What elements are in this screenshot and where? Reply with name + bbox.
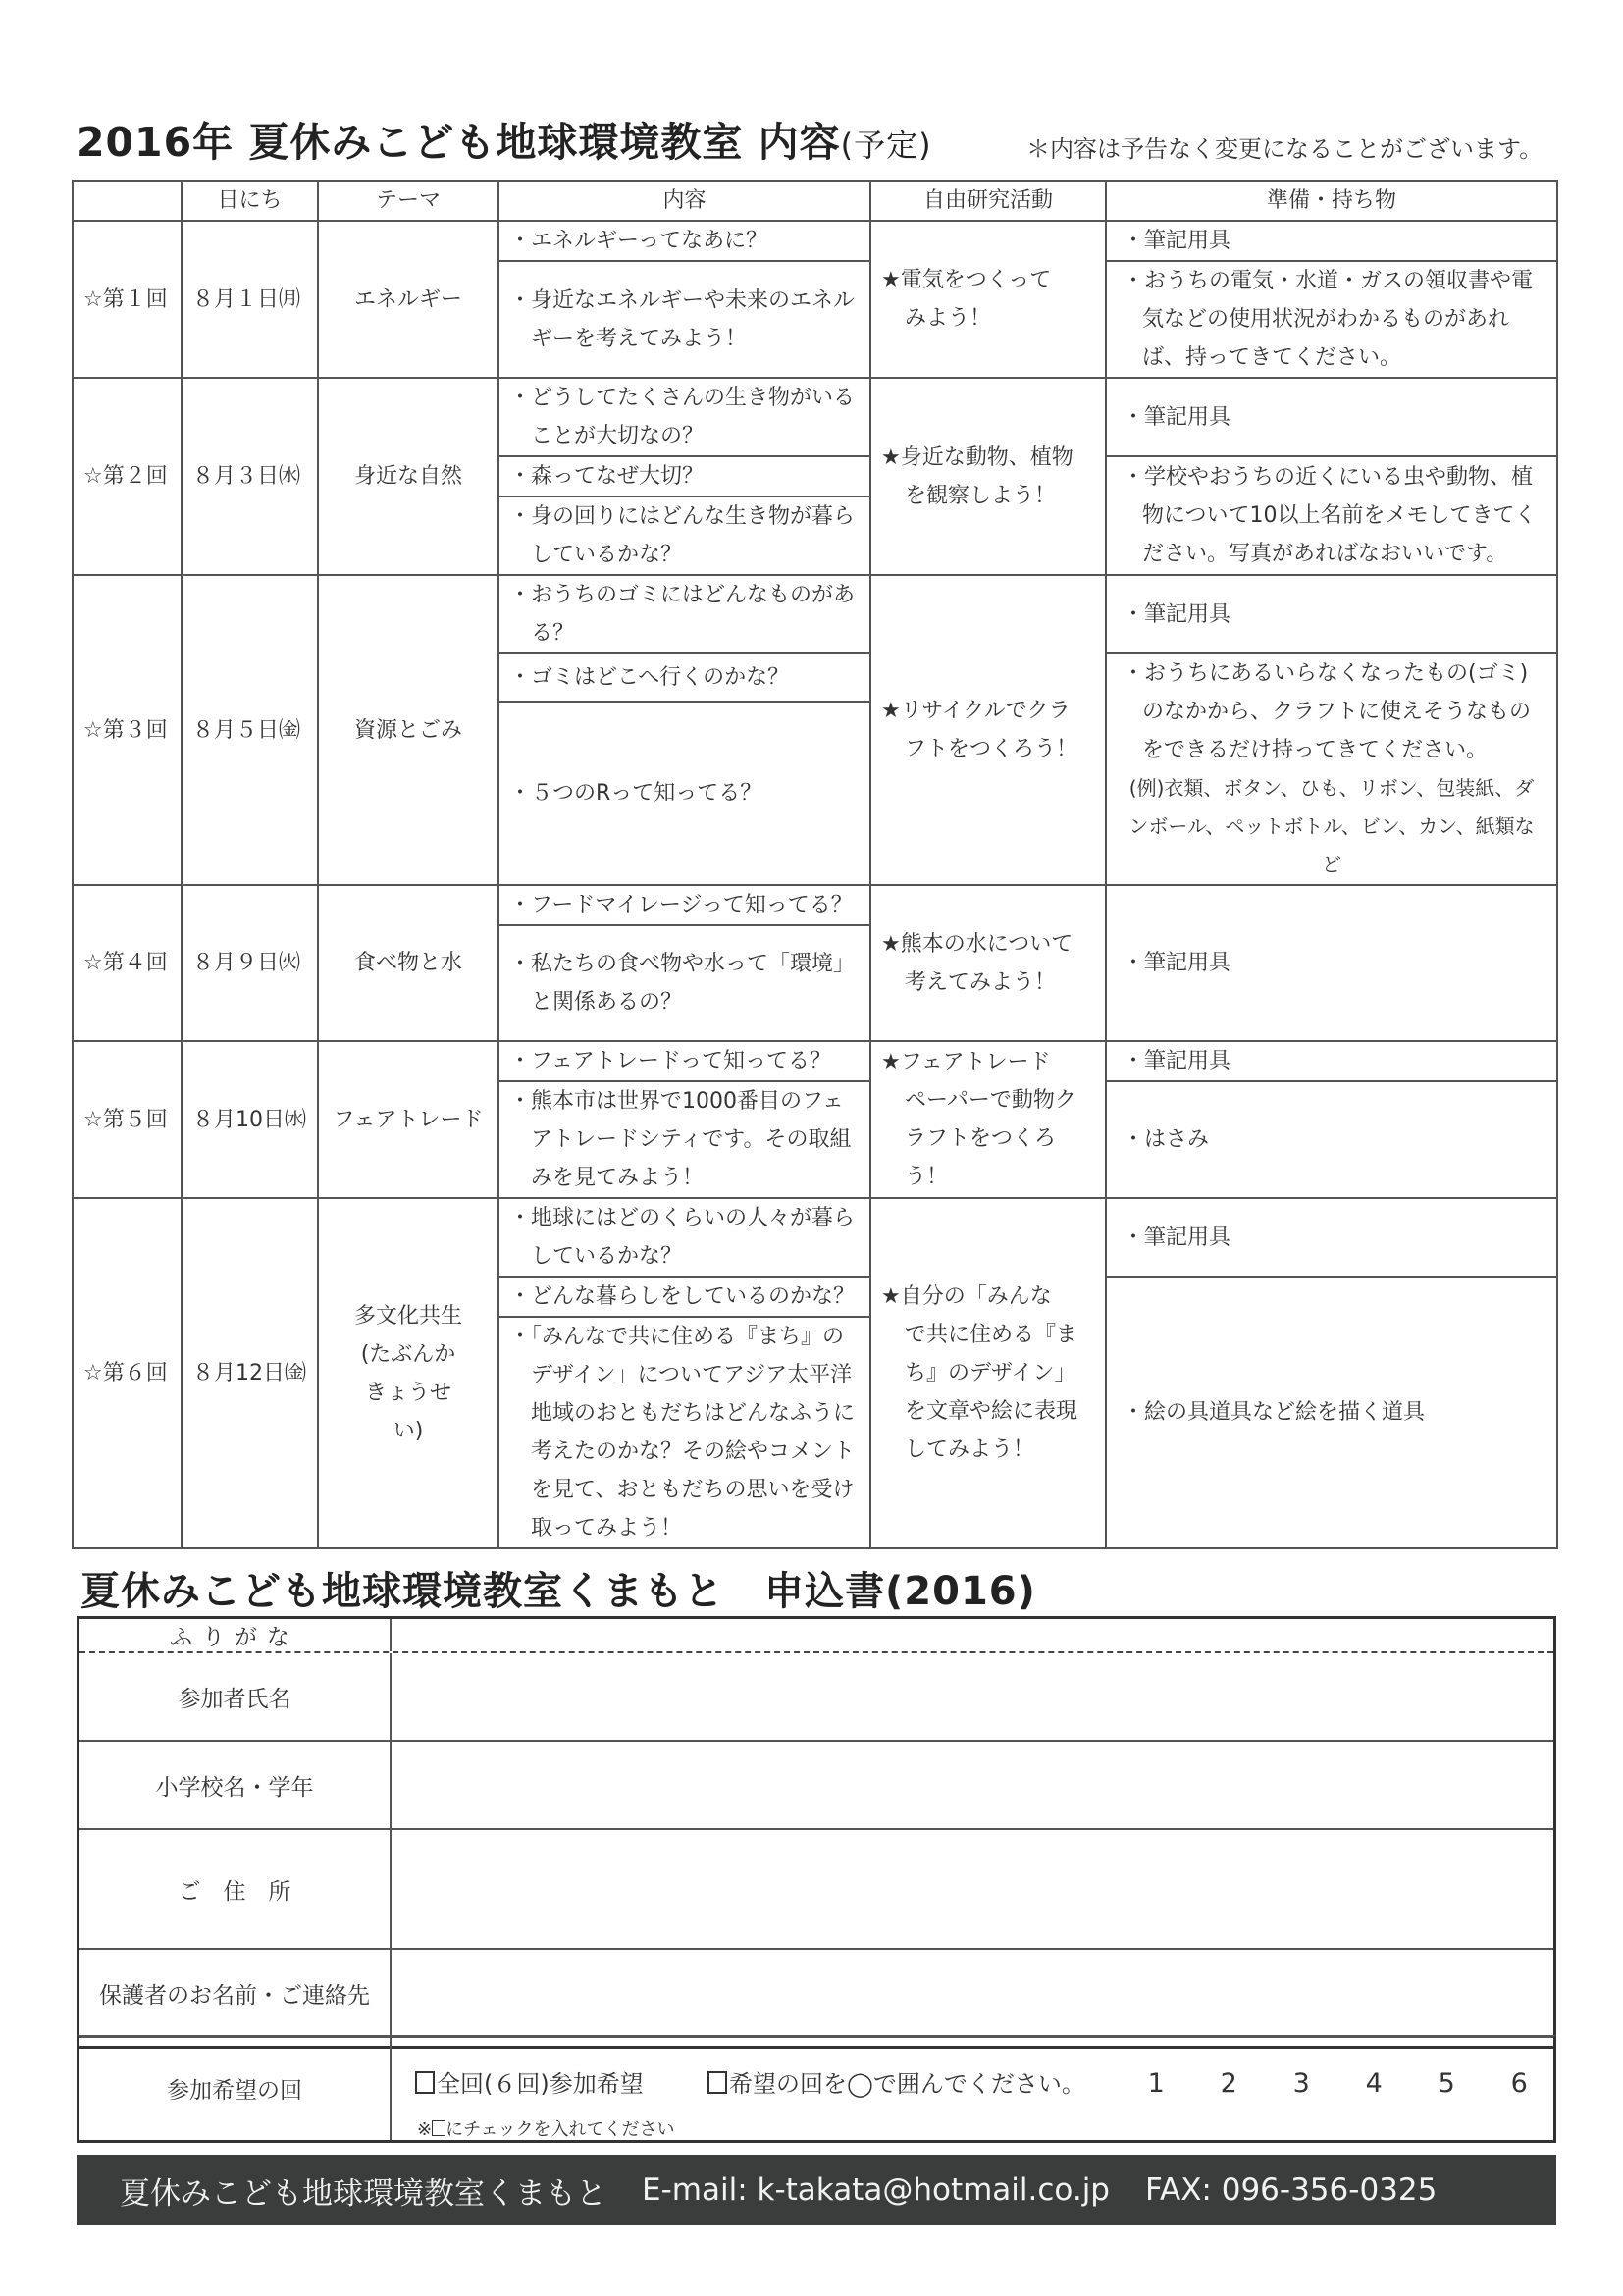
- address-label: ご 住 所: [79, 1830, 392, 1948]
- session-number: ☆第１回: [73, 221, 182, 378]
- content-text: ・身の回りにはどんな生き物が暮らしているかな？: [509, 497, 860, 574]
- content-item: ・ゴミはどこへ行くのかな？: [498, 653, 870, 702]
- activity-text: ★電気をつくって: [881, 268, 1051, 292]
- session-theme: 食べ物と水: [318, 885, 498, 1041]
- change-notice: ＊内容は予告なく変更になることがございます。: [1026, 130, 1543, 164]
- prep-item: ・筆記用具: [1106, 1041, 1557, 1081]
- col-header-theme: テーマ: [318, 181, 498, 221]
- activity-text: ★熊本の水について: [881, 932, 1073, 957]
- content-text: ・「みんなで共に住める『まち』のデザイン」についてアジア太平洋地域のおともだちは…: [509, 1318, 860, 1547]
- furigana-row: ふりがな: [79, 1619, 1553, 1653]
- session-number-option-2[interactable]: 2: [1192, 2068, 1265, 2099]
- session-preference-row: 参加希望の回 全回(６回)参加希望 希望の回を◯で囲んでください。 123456…: [77, 2035, 1556, 2143]
- table-row: ☆第６回 ８月12日㈮ 多文化共生(たぶんかきょうせい) ・地球にはどのくらいの…: [73, 1198, 1557, 1277]
- activity-text: ペーパーで動物クラフトをつくろう！: [881, 1081, 1095, 1196]
- session-preference-field: 全回(６回)参加希望 希望の回を◯で囲んでください。 123456 ※にチェック…: [392, 2037, 1553, 2140]
- prep-text: ・筆記用具: [1117, 596, 1546, 634]
- schedule-table: 日にち テーマ 内容 自由研究活動 準備・持ち物 ☆第１回 ８月１日㈪ エネルギ…: [72, 180, 1558, 1549]
- content-item: ・どんな暮らしをしているのかな？: [498, 1277, 870, 1317]
- session-date: ８月５日㈮: [182, 575, 318, 885]
- activity-cell: ★リサイクルでクラフトをつくろう！: [870, 575, 1106, 885]
- activity-text: ★フェアトレード: [881, 1050, 1051, 1074]
- content-item: ・どうしてたくさんの生き物がいることが大切なの？: [498, 378, 870, 456]
- prep-item: ・筆記用具: [1106, 221, 1557, 261]
- footer-fax: FAX: 096-356-0325: [1145, 2172, 1437, 2208]
- prep-example-text: (例)衣類、ボタン、ひも、リボン、包装紙、ダンボール、ペットボトル、ビン、カン、…: [1117, 769, 1546, 884]
- session-date: ８月１日㈪: [182, 221, 318, 378]
- content-item: ・５つのRって知ってる？: [498, 702, 870, 885]
- session-theme: 身近な自然: [318, 378, 498, 575]
- participant-name-field[interactable]: [392, 1653, 1553, 1740]
- application-form-title: 夏休みこども地球環境教室くまもと 申込書(2016): [80, 1560, 1036, 1616]
- content-item: ・「みんなで共に住める『まち』のデザイン」についてアジア太平洋地域のおともだちは…: [498, 1317, 870, 1548]
- activity-text: で共に住める『まち』のデザイン」を文章や絵に表現してみよう！: [881, 1316, 1095, 1469]
- participant-name-row: 参加者氏名: [79, 1653, 1553, 1742]
- table-row: ☆第４回 ８月９日㈫ 食べ物と水 ・フードマイレージって知ってる？ ★熊本の水に…: [73, 885, 1557, 925]
- content-item: ・身近なエネルギーや未来のエネルギーを考えてみよう！: [498, 261, 870, 378]
- content-item: ・身の回りにはどんな生き物が暮らしているかな？: [498, 496, 870, 575]
- session-number-option-1[interactable]: 1: [1120, 2068, 1192, 2099]
- session-number: ☆第２回: [73, 378, 182, 575]
- theme-reading: (たぶんかきょうせい): [354, 1335, 462, 1450]
- content-text: ・私たちの食べ物や水って「環境」と関係あるの？: [509, 945, 860, 1021]
- prep-item: ・おうちにあるいらなくなったもの(ゴミ)のなかから、クラフトに使えそうなものをで…: [1106, 653, 1557, 885]
- prep-text: ・学校やおうちの近くにいる虫や動物、植物について10以上名前をメモしてきてくださ…: [1117, 458, 1546, 573]
- prep-text: ・筆記用具: [1117, 222, 1546, 260]
- content-text: ・ゴミはどこへ行くのかな？: [509, 658, 860, 697]
- footer-org-name: 夏休みこども地球環境教室くまもと: [120, 2168, 606, 2213]
- prep-text: ・おうちにあるいらなくなったもの(ゴミ)のなかから、クラフトに使えそうなものをで…: [1117, 654, 1546, 769]
- session-number-option-5[interactable]: 5: [1410, 2068, 1483, 2099]
- prep-text: ・筆記用具: [1117, 1042, 1546, 1080]
- prep-item: ・学校やおうちの近くにいる虫や動物、植物について10以上名前をメモしてきてくださ…: [1106, 456, 1557, 575]
- activity-text: 考えてみよう！: [881, 964, 1095, 1002]
- table-row: ☆第５回 ８月10日㈬ フェアトレード ・フェアトレードって知ってる？ ★フェア…: [73, 1041, 1557, 1081]
- prep-item: ・筆記用具: [1106, 378, 1557, 456]
- prep-text: ・はさみ: [1117, 1121, 1546, 1159]
- activity-cell: ★身近な動物、植物を観察しよう！: [870, 378, 1106, 575]
- all-sessions-checkbox[interactable]: [415, 2071, 435, 2094]
- prep-item: ・はさみ: [1106, 1081, 1557, 1198]
- content-item: ・フードマイレージって知ってる？: [498, 885, 870, 925]
- session-number-option-3[interactable]: 3: [1265, 2068, 1337, 2099]
- prep-item: ・おうちの電気・水道・ガスの領収書や電気などの使用状況がわかるものがあれば、持っ…: [1106, 261, 1557, 378]
- contact-footer: 夏休みこども地球環境教室くまもと E-mail: k-takata@hotmai…: [77, 2155, 1556, 2225]
- content-text: ・森ってなぜ大切？: [509, 457, 860, 496]
- activity-cell: ★熊本の水について考えてみよう！: [870, 885, 1106, 1041]
- prep-text: ・おうちの電気・水道・ガスの領収書や電気などの使用状況がわかるものがあれば、持っ…: [1117, 262, 1546, 377]
- furigana-field[interactable]: [392, 1619, 1553, 1651]
- table-row: ☆第３回 ８月５日㈮ 資源とごみ ・おうちのゴミにはどんなものがある？ ★リサイ…: [73, 575, 1557, 653]
- schedule-title: 2016年 夏休みこども地球環境教室 内容(予定): [77, 110, 932, 168]
- guardian-field[interactable]: [392, 1950, 1553, 2036]
- col-header-no: [73, 181, 182, 221]
- activity-text: ★自分の「みんな: [881, 1284, 1052, 1309]
- session-date: ８月３日㈬: [182, 378, 318, 575]
- session-number-option-4[interactable]: 4: [1337, 2068, 1410, 2099]
- content-text: ・フードマイレージって知ってる？: [509, 886, 860, 924]
- content-item: ・森ってなぜ大切？: [498, 456, 870, 496]
- content-item: ・フェアトレードって知ってる？: [498, 1041, 870, 1081]
- session-theme: フェアトレード: [318, 1041, 498, 1198]
- participant-name-label: 参加者氏名: [79, 1653, 392, 1740]
- table-header-row: 日にち テーマ 内容 自由研究活動 準備・持ち物: [73, 181, 1557, 221]
- schedule-title-suffix: (予定): [841, 127, 932, 164]
- table-row: ☆第１回 ８月１日㈪ エネルギー ・エネルギーってなあに？ ★電気をつくってみよ…: [73, 221, 1557, 261]
- checkbox-glyph-icon: [432, 2120, 445, 2136]
- note-text: にチェックを入れてください: [445, 2119, 674, 2140]
- content-text: ・どうしてたくさんの生き物がいることが大切なの？: [509, 379, 860, 455]
- session-theme: 多文化共生(たぶんかきょうせい): [318, 1198, 498, 1548]
- content-item: ・地球にはどのくらいの人々が暮らしているかな？: [498, 1198, 870, 1277]
- prep-item: ・筆記用具: [1106, 1198, 1557, 1277]
- prep-text: ・絵の具道具など絵を描く道具: [1117, 1393, 1546, 1432]
- session-preference-label: 参加希望の回: [79, 2037, 392, 2140]
- select-sessions-label: 希望の回を◯で囲んでください。: [729, 2070, 1085, 2098]
- guardian-row: 保護者のお名前・ご連絡先: [79, 1950, 1553, 2038]
- activity-cell: ★フェアトレードペーパーで動物クラフトをつくろう！: [870, 1041, 1106, 1198]
- guardian-label: 保護者のお名前・ご連絡先: [79, 1950, 392, 2036]
- content-text: ・エネルギーってなあに？: [509, 222, 860, 260]
- footer-email[interactable]: E-mail: k-takata@hotmail.co.jp: [642, 2172, 1110, 2208]
- content-item: ・エネルギーってなあに？: [498, 221, 870, 261]
- session-number: ☆第５回: [73, 1041, 182, 1198]
- prep-item: ・筆記用具: [1106, 575, 1557, 653]
- theme-text: 多文化共生: [354, 1304, 462, 1329]
- session-date: ８月９日㈫: [182, 885, 318, 1041]
- col-header-prep: 準備・持ち物: [1106, 181, 1557, 221]
- content-item: ・熊本市は世界で1000番目のフェアトレードシティです。その取組みを見てみよう！: [498, 1081, 870, 1198]
- prep-item: ・筆記用具: [1106, 885, 1557, 1041]
- session-options: 全回(６回)参加希望 希望の回を◯で囲んでください。 123456: [415, 2064, 1555, 2099]
- content-item: ・私たちの食べ物や水って「環境」と関係あるの？: [498, 925, 870, 1041]
- prep-text: ・筆記用具: [1117, 398, 1546, 437]
- content-text: ・身近なエネルギーや未来のエネルギーを考えてみよう！: [509, 282, 860, 358]
- session-date: ８月10日㈬: [182, 1041, 318, 1198]
- school-row: 小学校名・学年: [79, 1742, 1553, 1830]
- school-field[interactable]: [392, 1742, 1553, 1828]
- prep-item: ・絵の具道具など絵を描く道具: [1106, 1277, 1557, 1548]
- col-header-date: 日にち: [182, 181, 318, 221]
- session-theme: 資源とごみ: [318, 575, 498, 885]
- session-number: ☆第６回: [73, 1198, 182, 1548]
- content-item: ・おうちのゴミにはどんなものがある？: [498, 575, 870, 653]
- session-number: ☆第４回: [73, 885, 182, 1041]
- all-sessions-label: 全回(６回)参加希望: [437, 2070, 644, 2098]
- note-mark: ※: [417, 2119, 432, 2140]
- furigana-label: ふりがな: [79, 1619, 392, 1651]
- col-header-content: 内容: [498, 181, 870, 221]
- activity-cell: ★電気をつくってみよう！: [870, 221, 1106, 378]
- session-theme: エネルギー: [318, 221, 498, 378]
- application-form: ふりがな 参加者氏名 小学校名・学年 ご 住 所 保護者のお名前・ご連絡先: [77, 1616, 1556, 2049]
- content-text: ・どんな暮らしをしているのかな？: [509, 1278, 860, 1316]
- prep-text: ・筆記用具: [1117, 944, 1546, 982]
- col-header-activity: 自由研究活動: [870, 181, 1106, 221]
- select-sessions-checkbox[interactable]: [707, 2071, 727, 2094]
- checkbox-instruction: ※にチェックを入れてください: [417, 2115, 675, 2141]
- address-field[interactable]: [392, 1830, 1553, 1948]
- activity-text: ★身近な動物、植物: [881, 445, 1073, 470]
- content-text: ・地球にはどのくらいの人々が暮らしているかな？: [509, 1199, 860, 1276]
- session-number: ☆第３回: [73, 575, 182, 885]
- activity-text: を観察しよう！: [881, 477, 1095, 515]
- prep-text: ・筆記用具: [1117, 1219, 1546, 1257]
- content-text: ・熊本市は世界で1000番目のフェアトレードシティです。その取組みを見てみよう！: [509, 1082, 860, 1197]
- activity-text: フトをつくろう！: [881, 730, 1095, 768]
- session-date: ８月12日㈮: [182, 1198, 318, 1548]
- activity-cell: ★自分の「みんなで共に住める『まち』のデザイン」を文章や絵に表現してみよう！: [870, 1198, 1106, 1548]
- school-label: 小学校名・学年: [79, 1742, 392, 1828]
- address-row: ご 住 所: [79, 1830, 1553, 1950]
- activity-text: ★リサイクルでクラ: [881, 699, 1071, 723]
- content-text: ・おうちのゴミにはどんなものがある？: [509, 576, 860, 652]
- schedule-title-text: 2016年 夏休みこども地球環境教室 内容: [77, 119, 841, 166]
- content-text: ・フェアトレードって知ってる？: [509, 1042, 860, 1080]
- session-number-option-6[interactable]: 6: [1483, 2068, 1555, 2099]
- activity-text: みよう！: [881, 299, 1095, 338]
- content-text: ・５つのRって知ってる？: [509, 774, 860, 812]
- table-row: ☆第２回 ８月３日㈬ 身近な自然 ・どうしてたくさんの生き物がいることが大切なの…: [73, 378, 1557, 456]
